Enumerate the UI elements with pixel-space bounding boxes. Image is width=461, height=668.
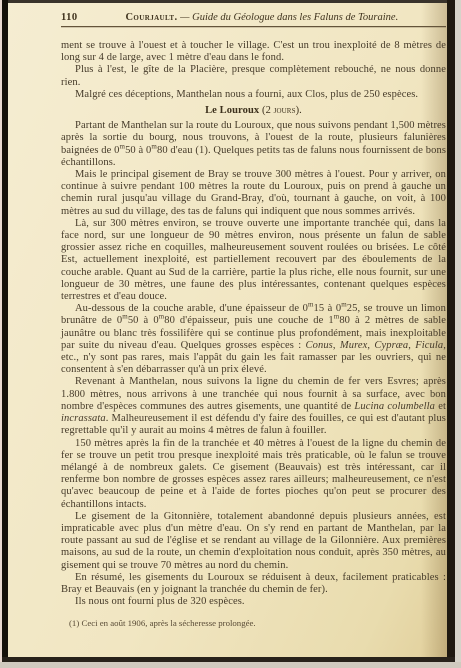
paragraph: Ils nous ont fourni plus de 320 espèces. <box>61 596 446 608</box>
paragraph: Revenant à Manthelan, nous suivons la li… <box>61 376 446 437</box>
paragraph: Partant de Manthelan sur la route du Lou… <box>61 120 446 169</box>
page-body: ment se trouve à l'ouest et à toucher le… <box>61 40 446 608</box>
paragraph: Malgré ces déceptions, Manthelan nous a … <box>61 89 446 101</box>
paragraph: Mais le principal gisement de Bray se tr… <box>61 169 446 218</box>
author-name: Courjault. <box>125 12 177 23</box>
running-title: Courjault. — Guide du Géologue dans les … <box>78 12 446 23</box>
paragraph: Le gisement de la Gitonnière, totalement… <box>61 511 446 572</box>
scan-edge-right-light <box>455 0 461 668</box>
scanned-book-page: 110 Courjault. — Guide du Géologue dans … <box>0 0 461 668</box>
paragraph: En résumé, les gisements du Louroux se r… <box>61 572 446 596</box>
scan-edge-top <box>0 0 461 3</box>
paragraph: Là, sur 300 mètres environ, se trouve ou… <box>61 218 446 303</box>
footnote: (1) Ceci en août 1906, après la sécheres… <box>61 618 446 628</box>
running-header: 110 Courjault. — Guide du Géologue dans … <box>61 12 446 23</box>
scan-edge-left-dark <box>2 0 8 668</box>
page-number: 110 <box>61 12 78 23</box>
scan-edge-bottom-light <box>0 662 461 668</box>
scan-edge-right-dark <box>447 0 455 662</box>
paragraph: ment se trouve à l'ouest et à toucher le… <box>61 40 446 64</box>
paragraph: Plus à l'est, le gîte de la Placière, pr… <box>61 64 446 88</box>
page-text-area: 110 Courjault. — Guide du Géologue dans … <box>61 12 446 628</box>
paragraph: 150 mètres après la fin de la tranchée e… <box>61 438 446 511</box>
paragraph: Au-dessous de la couche arable, d'une ép… <box>61 303 446 376</box>
header-rule <box>61 26 446 27</box>
section-heading: Le Louroux (2 jours). <box>61 105 446 117</box>
scan-edge-bottom-dark <box>2 657 455 662</box>
book-title: — Guide du Géologue dans les Faluns de T… <box>180 12 398 23</box>
